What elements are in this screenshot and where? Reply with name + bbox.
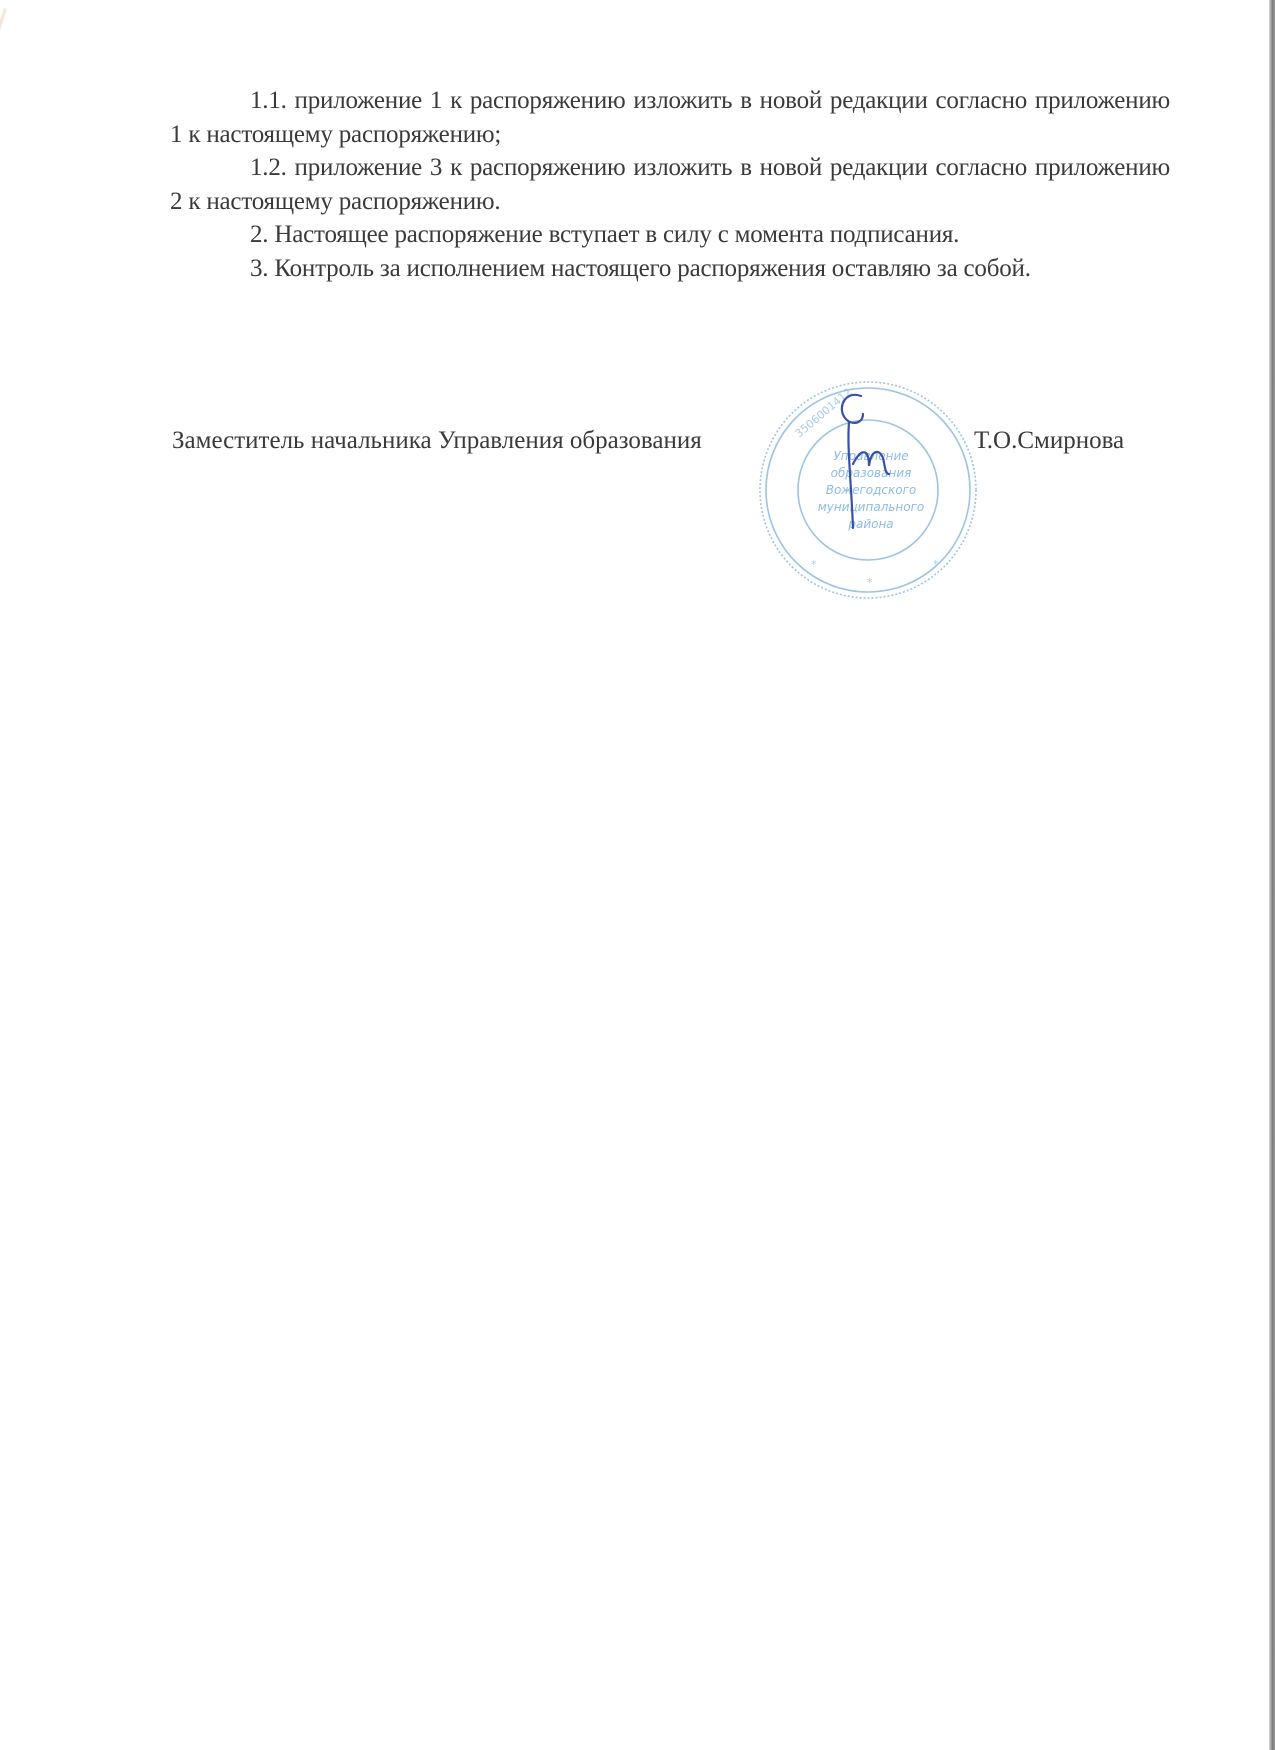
- paragraph-3: 3. Контроль за исполнением настоящего ра…: [170, 252, 1170, 286]
- official-stamp: Управление образования Вожегодского муни…: [753, 378, 983, 603]
- paragraph-2: 2. Настоящее распоряжение вступает в сил…: [170, 218, 1170, 252]
- signer-title: Заместитель начальника Управления образо…: [172, 424, 702, 458]
- svg-text:*: *: [933, 558, 939, 571]
- signature-block: Заместитель начальника Управления образо…: [172, 424, 1152, 458]
- svg-text:*: *: [811, 558, 817, 571]
- stamp-seal-icon: Управление образования Вожегодского муни…: [753, 378, 983, 603]
- svg-text:района: района: [847, 517, 893, 531]
- paragraph-1-2: 1.2. приложение 3 к распоряжению изложит…: [170, 151, 1170, 218]
- svg-text:Вожегодского: Вожегодского: [826, 483, 917, 497]
- svg-text:муниципального: муниципального: [818, 500, 925, 514]
- scan-artifact-streak: [0, 8, 7, 95]
- document-body: 1.1. приложение 1 к распоряжению изложит…: [170, 84, 1170, 285]
- document-page: 1.1. приложение 1 к распоряжению изложит…: [0, 0, 1275, 1750]
- paragraph-1-1: 1.1. приложение 1 к распоряжению изложит…: [170, 84, 1170, 151]
- signer-name: Т.О.Смирнова: [974, 424, 1124, 458]
- svg-text:образования: образования: [831, 466, 912, 480]
- scan-edge-band: [1269, 0, 1275, 1750]
- svg-text:*: *: [867, 576, 873, 589]
